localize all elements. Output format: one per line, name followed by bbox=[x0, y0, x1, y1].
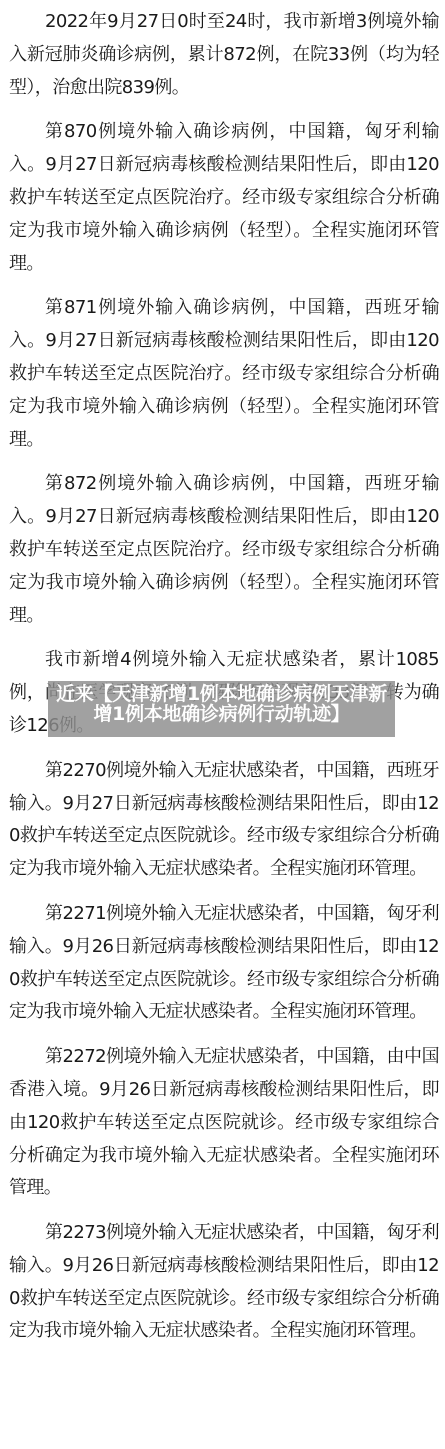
case-paragraph-2271: 第2271例境外输入无症状感染者，中国籍，匈牙利输入。9月26日新冠病毒核酸检测… bbox=[9, 898, 439, 1029]
summary-paragraph: 2022年9月27日0时至24时，我市新增3例境外输入新冠肺炎确诊病例，累计87… bbox=[9, 6, 439, 104]
case-paragraph-871: 第871例境外输入确诊病例，中国籍，西班牙输入。9月27日新冠病毒核酸检测结果阳… bbox=[9, 292, 439, 456]
case-paragraph-2272: 第2272例境外输入无症状感染者，中国籍，由中国香港入境。9月26日新冠病毒核酸… bbox=[9, 1041, 439, 1205]
case-paragraph-2270: 第2270例境外输入无症状感染者，中国籍，西班牙输入。9月27日新冠病毒核酸检测… bbox=[9, 755, 439, 886]
case-paragraph-2273: 第2273例境外输入无症状感染者，中国籍，匈牙利输入。9月26日新冠病毒核酸检测… bbox=[9, 1217, 439, 1348]
case-paragraph-872: 第872例境外输入确诊病例，中国籍，西班牙输入。9月27日新冠病毒核酸检测结果阳… bbox=[9, 468, 439, 632]
title-overlay-banner: 近来【天津新增1例本地确诊病例天津新增1例本地确诊病例行动轨迹】 bbox=[48, 681, 395, 737]
case-paragraph-870: 第870例境外输入确诊病例，中国籍，匈牙利输入。9月27日新冠病毒核酸检测结果阳… bbox=[9, 116, 439, 280]
